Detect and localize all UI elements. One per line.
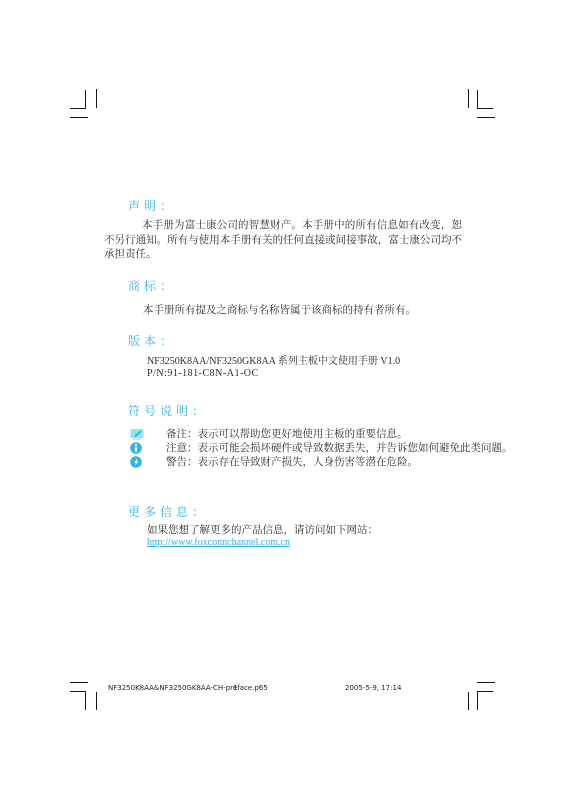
symbols-heading: 符号说明： <box>128 402 208 419</box>
manual-preface-page: 声明： 本手册为富士康公司的智慧财产。本手册中的所有信息如有改变，恕不另行通知。… <box>0 0 566 800</box>
symbol-row-warning: 警告：表示存在导致财产损失，人身伤害等潜在危险。 <box>130 454 513 468</box>
symbol-row-note: 备注：表示可以帮助您更好地使用主板的重要信息。 <box>130 426 513 440</box>
symbol-row-info: 注意：表示可能会损坏硬件或导致数据丢失，并告诉您如何避免此类问题。 <box>130 440 513 454</box>
symbol-note-text: 备注：表示可以帮助您更好地使用主板的重要信息。 <box>166 426 408 441</box>
note-icon <box>130 427 144 439</box>
symbol-list: 备注：表示可以帮助您更好地使用主板的重要信息。 注意：表示可能会损坏硬件或导致数… <box>130 426 513 468</box>
trademark-body: 本手册所有提及之商标与名称皆属于该商标的持有者所有。 <box>143 302 416 317</box>
statement-heading: 声明： <box>128 197 176 214</box>
info-icon <box>130 441 144 453</box>
foxconn-website-link[interactable]: http://www.foxconnchannel.com.cn <box>147 537 290 548</box>
version-part-number: P/N:91-181-C8N-A1-OC <box>147 368 259 379</box>
statement-body: 本手册为富士康公司的智慧财产。本手册中的所有信息如有改变，恕不另行通知。所有与使… <box>104 219 462 263</box>
more-info-body: 如果您想了解更多的产品信息，请访问如下网站： <box>147 522 378 537</box>
more-info-heading: 更多信息： <box>128 503 208 520</box>
footer-page-number: 1 <box>233 684 237 692</box>
symbol-warning-text: 警告：表示存在导致财产损失，人身伤害等潜在危险。 <box>166 454 418 469</box>
footer-filename: NF3250K8AA&NF3250GK8AA-CH-preface.p65 <box>108 684 268 692</box>
version-manual-name: NF3250K8AA/NF3250GK8AA 系列主板中文使用手册 V1.0 <box>147 352 400 367</box>
warning-icon <box>130 455 144 467</box>
trademark-heading: 商标： <box>128 277 176 294</box>
symbol-info-text: 注意：表示可能会损坏硬件或导致数据丢失，并告诉您如何避免此类问题。 <box>166 440 513 455</box>
version-heading: 版本： <box>128 332 176 349</box>
footer-datetime: 2005-5-9, 17:14 <box>345 684 401 692</box>
